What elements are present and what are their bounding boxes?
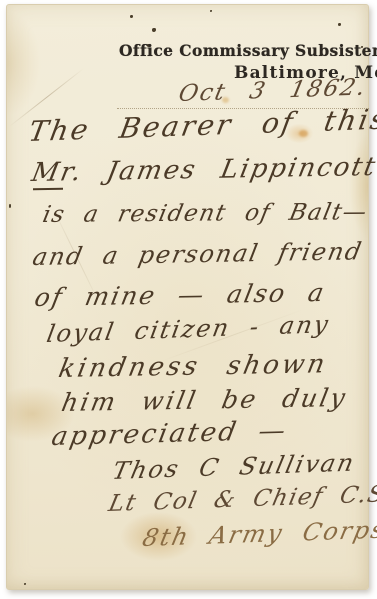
ink-speck (9, 204, 11, 208)
signature-name: Thos C Sullivan (110, 449, 358, 485)
ink-speck (24, 583, 26, 585)
body-line-1: The Bearer of this (26, 103, 377, 148)
letter-photo-backdrop: Office Commissary Subsistence, Baltimore… (0, 0, 377, 599)
body-line-5: of mine — also a (32, 278, 328, 312)
body-line-2: Mr. James Lippincott (29, 152, 377, 188)
mr-underline-stroke (33, 188, 63, 191)
signature-unit: 8th Army Corps (140, 516, 377, 552)
body-line-3: is a resident of Balt— (40, 199, 370, 228)
signature-rank-title: Lt Col & Chief C.S. (106, 481, 377, 517)
ink-speck (130, 15, 133, 18)
ink-speck (152, 28, 156, 32)
letterhead-office-line: Office Commissary Subsistence, (119, 41, 377, 60)
ink-speck (210, 10, 212, 12)
body-line-6: loyal citizen - any (45, 310, 333, 348)
body-line-8: him will be duly (59, 383, 350, 417)
letter-paper: Office Commissary Subsistence, Baltimore… (6, 4, 369, 590)
body-line-9: appreciated — (49, 416, 290, 452)
body-line-4: and a personal friend (30, 237, 365, 271)
ink-speck (338, 23, 341, 26)
body-line-7: kindness shown (56, 349, 330, 384)
